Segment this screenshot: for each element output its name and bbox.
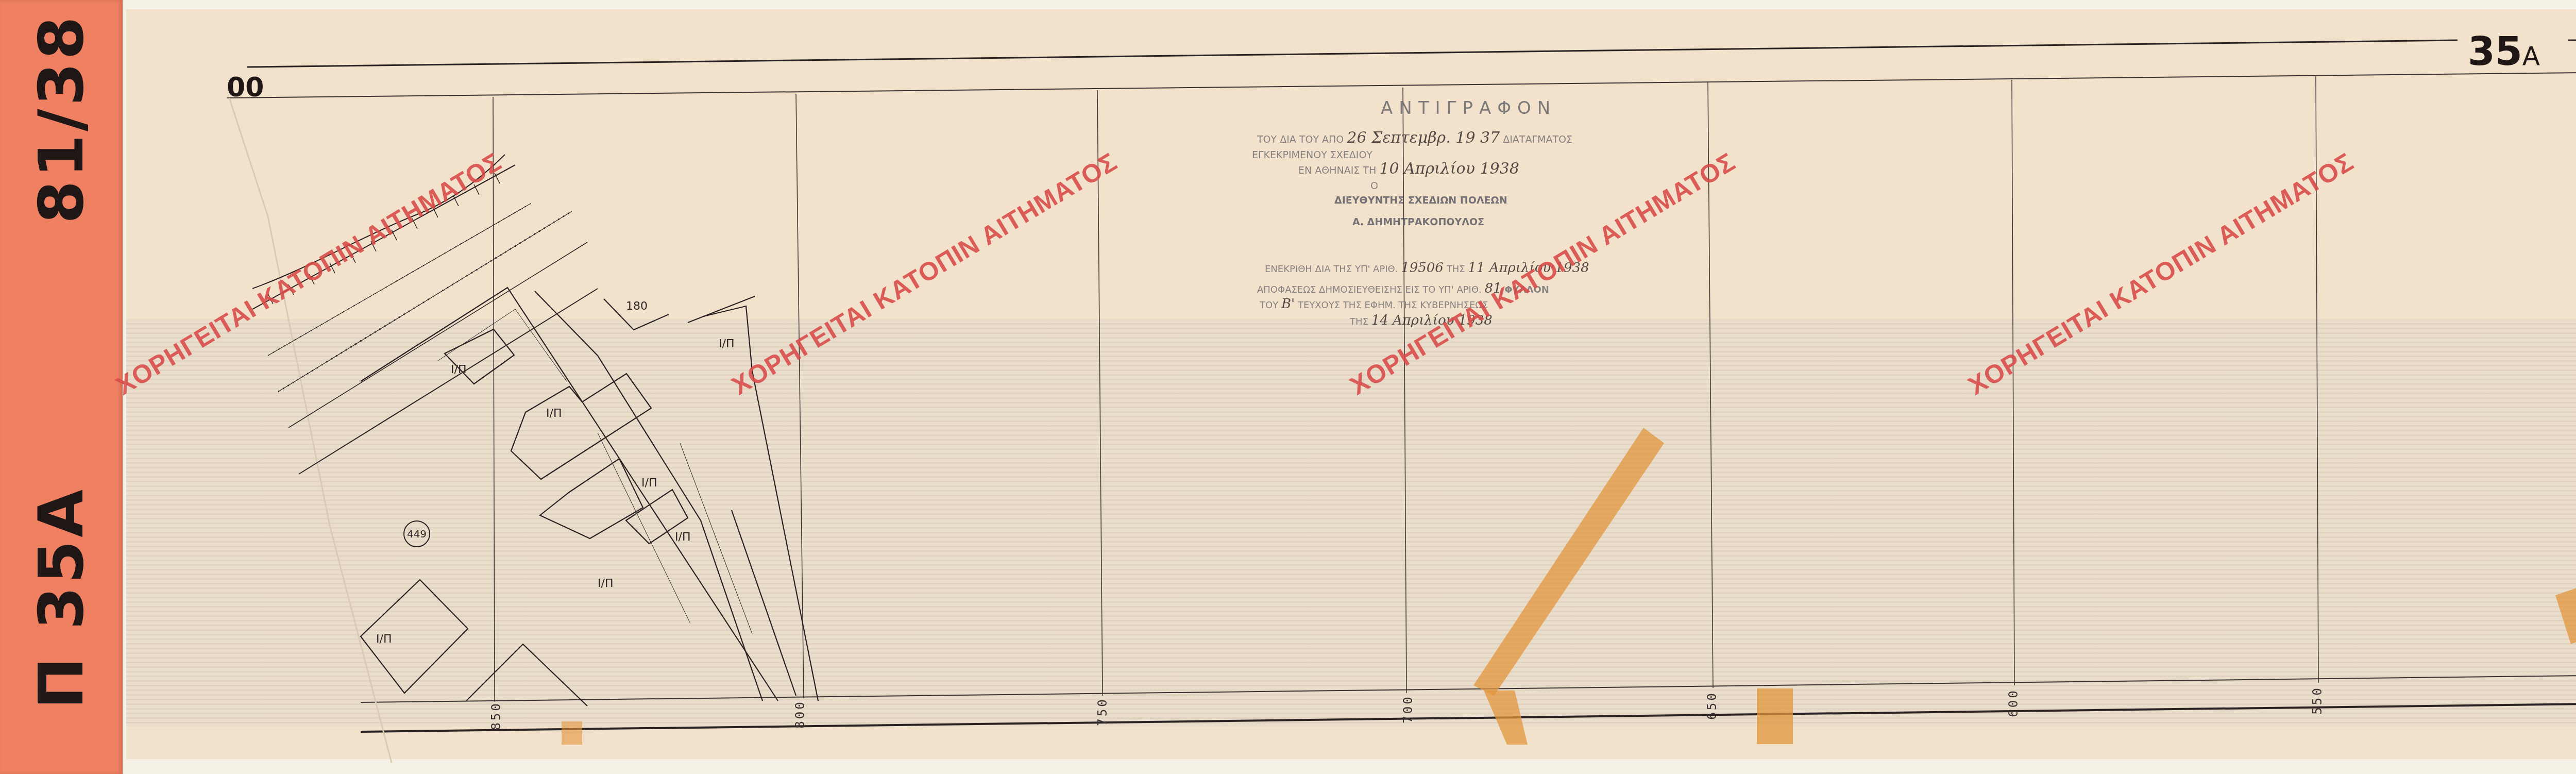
axis-tick: 700 xyxy=(1401,695,1415,723)
axis-tick: 550 xyxy=(2310,686,2325,714)
building-label: Ι/Π xyxy=(546,407,562,420)
axis-tick: 750 xyxy=(1095,697,1110,726)
building-label: Ι/Π xyxy=(675,531,690,544)
elevation-label: 180 xyxy=(626,300,648,313)
parcel-number: 449 xyxy=(403,520,430,547)
axis-tick: 650 xyxy=(1705,691,1719,719)
building-label: Ι/Π xyxy=(719,338,734,350)
sheet-number: 35Α xyxy=(2468,28,2540,74)
stamp-line3: ΕΝ ΑΘΗΝΑΙΣ ΤΗ 10 Απριλίου 1938 xyxy=(1298,160,1519,178)
axis-tick: 800 xyxy=(793,700,807,728)
corner-grid-label: 00 xyxy=(227,72,264,103)
map-drawing xyxy=(0,0,2576,774)
stamp-line1: ΤΟΥ ΔΙΑ ΤΟΥ ΑΠΟ 26 Σεπτεμβρ. 19 37 ΔΙΑΤΑ… xyxy=(1257,129,1572,147)
building-label: Ι/Π xyxy=(641,477,657,490)
stamp-line4: Ο xyxy=(1370,180,1378,192)
building-label: Ι/Π xyxy=(451,363,466,376)
axis-tick: 850 xyxy=(489,701,503,730)
stamp-line2: ΕΓΚΕΚΡΙΜΕΝΟΥ ΣΧΕΔΙΟΥ xyxy=(1252,149,1372,161)
building-label: Ι/Π xyxy=(376,633,392,646)
stamp-title: ΑΝΤΙΓΡΑΦΟΝ xyxy=(1381,98,1556,119)
stamp-director-name: Α. ΔΗΜΗΤΡΑΚΟΠΟΥΛΟΣ xyxy=(1352,216,1484,228)
axis-tick: 600 xyxy=(2006,688,2021,717)
stamp-director-title: ΔΙΕΥΘΥΝΤΗΣ ΣΧΕΔΙΩΝ ΠΟΛΕΩΝ xyxy=(1334,195,1507,206)
building-label: Ι/Π xyxy=(598,577,613,590)
